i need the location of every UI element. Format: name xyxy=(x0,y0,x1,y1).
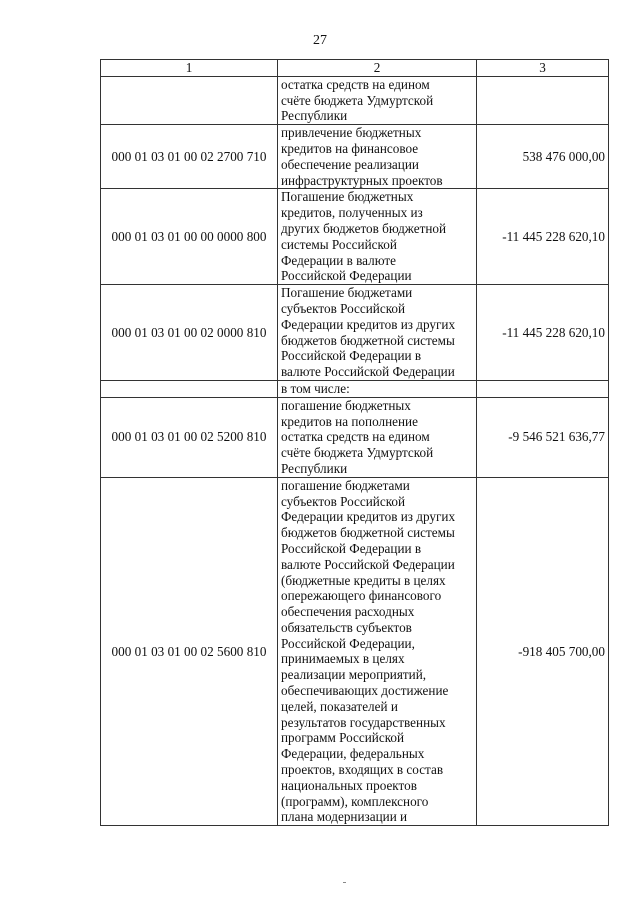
column-header-3: 3 xyxy=(477,60,609,77)
description: остатка средств на единомсчёте бюджета У… xyxy=(278,76,477,124)
amount: -11 445 228 620,10 xyxy=(477,285,609,381)
description: привлечение бюджетныхкредитов на финансо… xyxy=(278,125,477,189)
amount xyxy=(477,76,609,124)
amount xyxy=(477,380,609,397)
table-row: 000 01 03 01 00 00 0000 800Погашение бюд… xyxy=(101,189,609,285)
amount: -11 445 228 620,10 xyxy=(477,189,609,285)
page-number: 27 xyxy=(0,33,640,49)
table-row: остатка средств на единомсчёте бюджета У… xyxy=(101,76,609,124)
table-row: в том числе: xyxy=(101,380,609,397)
description: погашение бюджетамисубъектов РоссийскойФ… xyxy=(278,477,477,826)
description: Погашение бюджетамисубъектов РоссийскойФ… xyxy=(278,285,477,381)
amount: -9 546 521 636,77 xyxy=(477,397,609,477)
budget-code xyxy=(101,76,278,124)
budget-code: 000 01 03 01 00 00 0000 800 xyxy=(101,189,278,285)
column-header-1: 1 xyxy=(101,60,278,77)
table-row: 000 01 03 01 00 02 0000 810Погашение бюд… xyxy=(101,285,609,381)
budget-code: 000 01 03 01 00 02 5200 810 xyxy=(101,397,278,477)
amount: -918 405 700,00 xyxy=(477,477,609,826)
header-row: 1 2 3 xyxy=(101,60,609,77)
description: погашение бюджетныхкредитов на пополнени… xyxy=(278,397,477,477)
column-header-2: 2 xyxy=(278,60,477,77)
table-row: 000 01 03 01 00 02 5600 810погашение бюд… xyxy=(101,477,609,826)
table-row: 000 01 03 01 00 02 2700 710привлечение б… xyxy=(101,125,609,189)
amount: 538 476 000,00 xyxy=(477,125,609,189)
description: в том числе: xyxy=(278,380,477,397)
table-body: остатка средств на единомсчёте бюджета У… xyxy=(101,76,609,825)
budget-code: 000 01 03 01 00 02 5600 810 xyxy=(101,477,278,826)
description: Погашение бюджетныхкредитов, полученных … xyxy=(278,189,477,285)
table-row: 000 01 03 01 00 02 5200 810погашение бюд… xyxy=(101,397,609,477)
budget-code: 000 01 03 01 00 02 0000 810 xyxy=(101,285,278,381)
budget-code: 000 01 03 01 00 02 2700 710 xyxy=(101,125,278,189)
scan-artifact xyxy=(343,882,346,883)
budget-code xyxy=(101,380,278,397)
budget-table: 1 2 3 остатка средств на единомсчёте бюд… xyxy=(100,59,609,826)
